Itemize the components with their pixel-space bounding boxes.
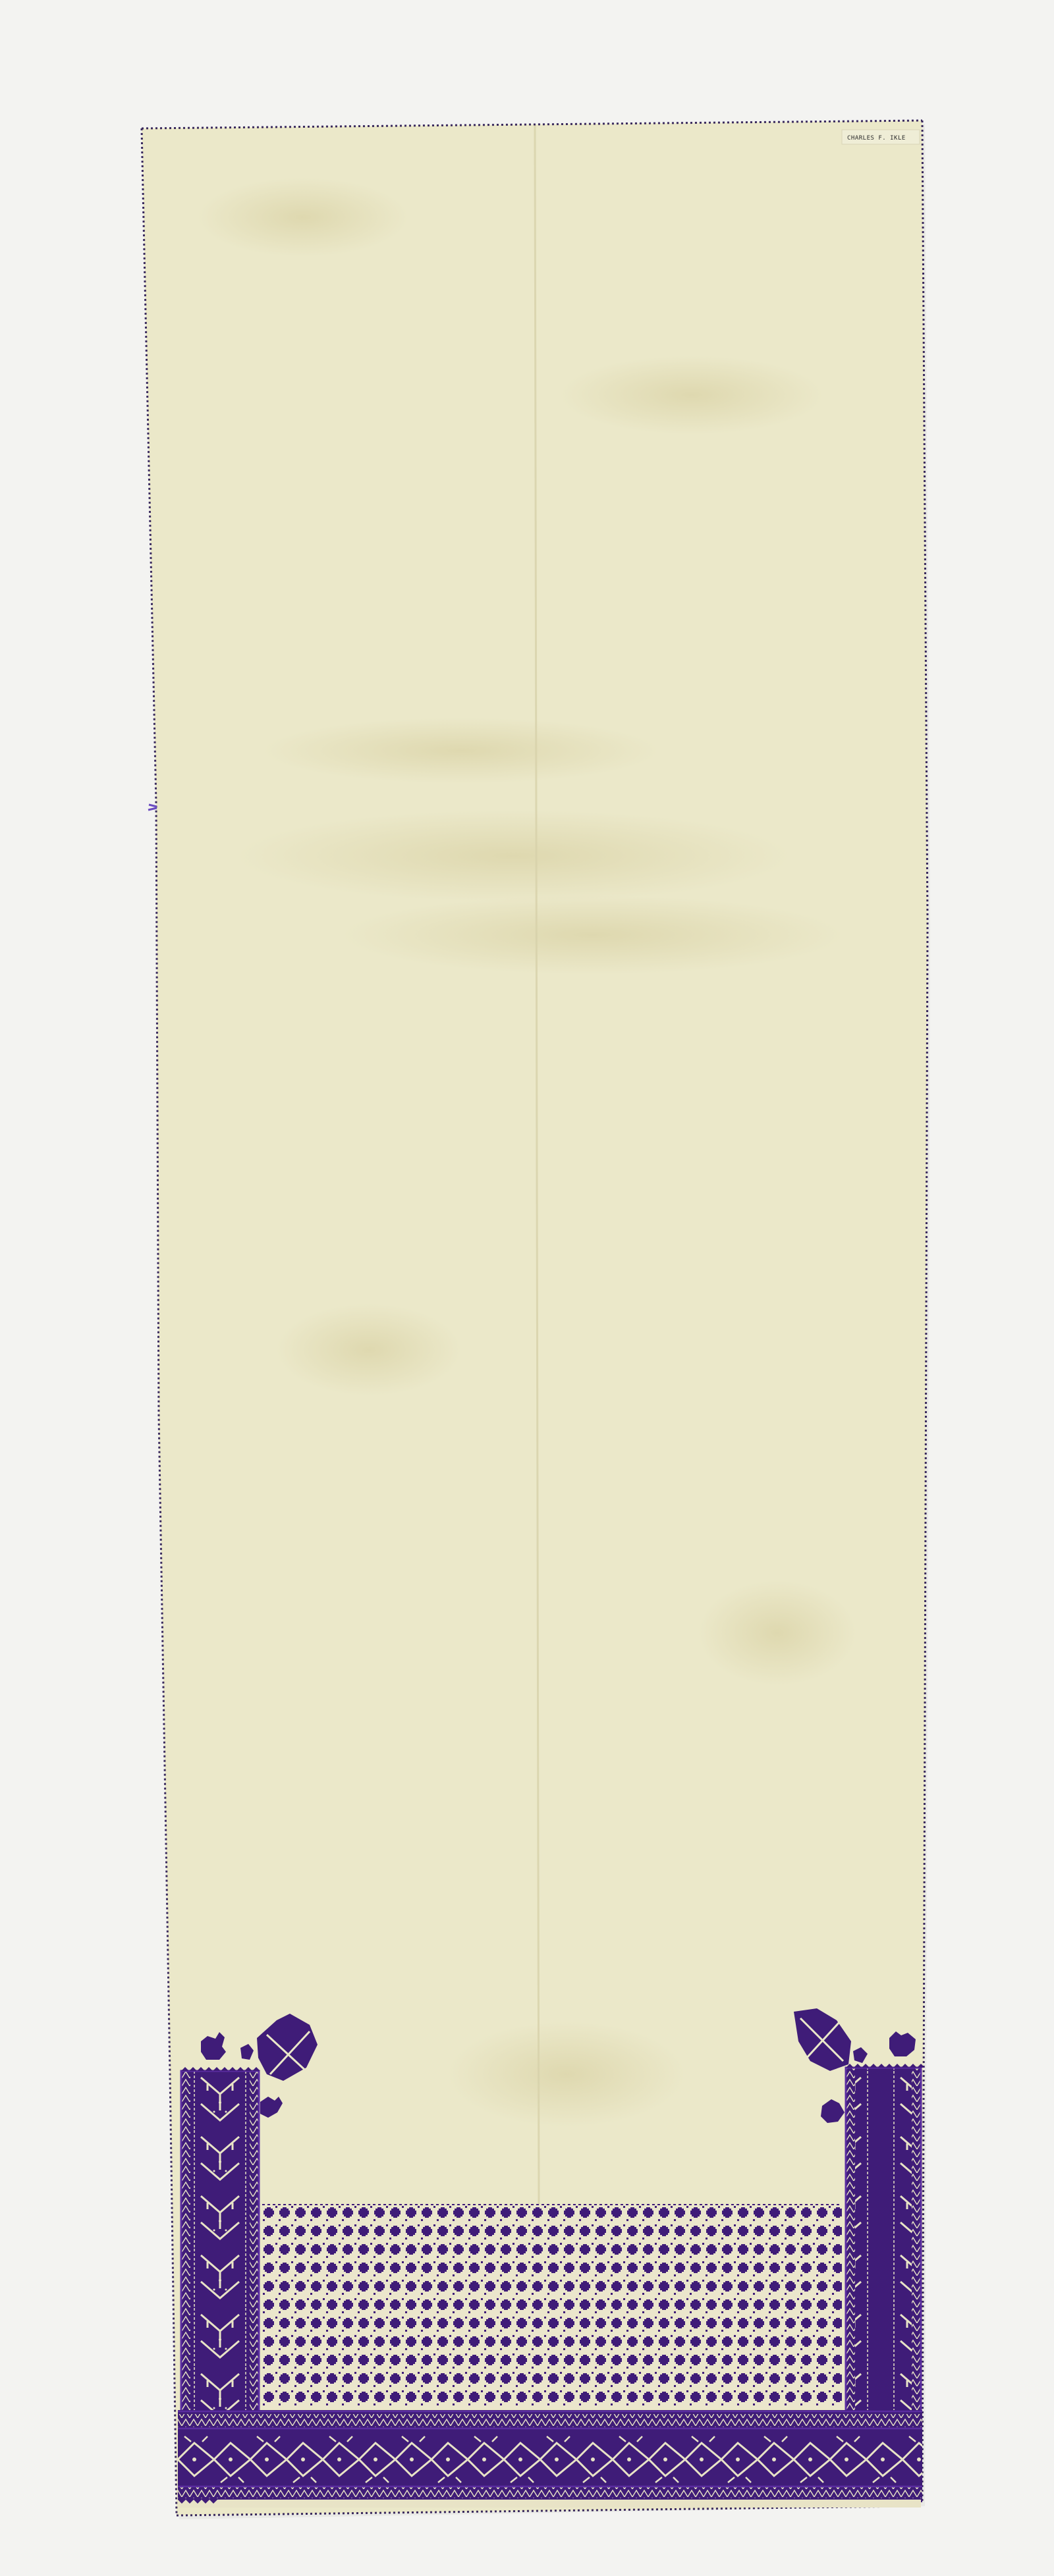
left-border-column [181,2067,260,2413]
maker-label: CHARLES F. IKLE [842,130,920,144]
loose-thread [148,805,157,810]
right-border-column [846,2064,925,2413]
diamond-field [262,2205,842,2409]
bottom-border-band [178,2410,922,2508]
textile-photo: CHARLES F. IKLE [0,0,1054,2576]
maker-label-text: CHARLES F. IKLE [847,135,906,142]
